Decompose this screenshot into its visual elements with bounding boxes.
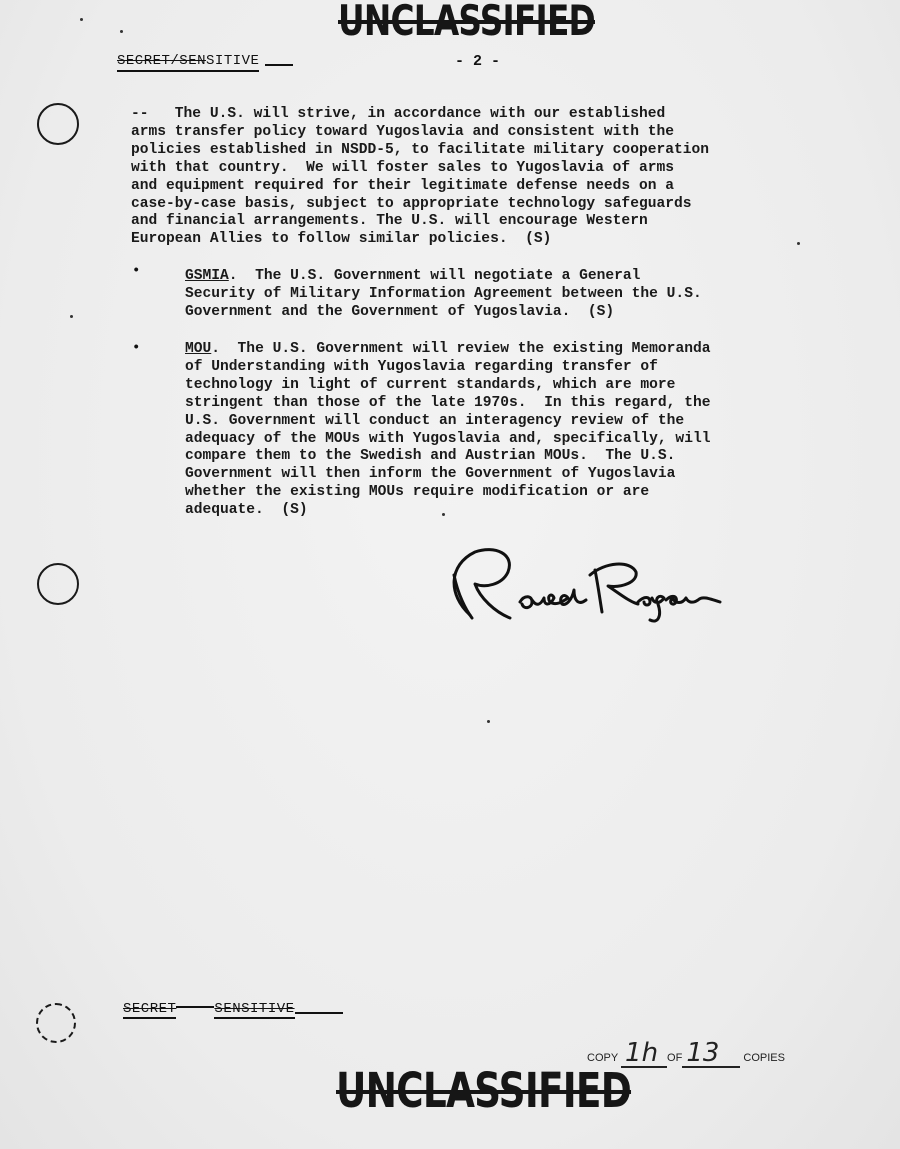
speck: [80, 18, 83, 21]
speck: [120, 30, 123, 33]
classification-struck: SECRET/SEN: [117, 53, 206, 69]
document-page: UNCLASSIFIED SECRET/SENSITIVE - 2 - -- T…: [0, 0, 900, 1149]
unclassified-stamp-top: UNCLASSIFIED: [338, 0, 595, 42]
paragraph-gsmia: GSMIA. The U.S. Government will negotiat…: [185, 268, 702, 322]
signature: [440, 540, 750, 635]
speck: [487, 720, 490, 723]
speck: [70, 315, 73, 318]
page-number: - 2 -: [455, 53, 500, 70]
bullet-icon: •: [132, 263, 140, 279]
speck: [797, 242, 800, 245]
punch-hole-icon: [37, 563, 79, 605]
total-copies: 13: [682, 1040, 740, 1068]
classification-footer-word1: SECRET: [123, 1001, 176, 1019]
unclassified-stamp-bottom: UNCLASSIFIED: [336, 1064, 631, 1118]
paragraph-arms-transfer: -- The U.S. will strive, in accordance w…: [131, 106, 709, 249]
classification-footer: SECRETSENSITIVE: [123, 1001, 343, 1017]
classification-rest: SITIVE: [206, 53, 259, 69]
bullet-icon: •: [132, 340, 140, 356]
classification-header: SECRET/SENSITIVE: [117, 53, 293, 69]
heading-gsmia: GSMIA: [185, 268, 229, 284]
classification-footer-word2: SENSITIVE: [214, 1001, 294, 1019]
signature-icon: [440, 540, 750, 630]
mou-first-line: . The U.S. Government will review the ex…: [211, 341, 710, 357]
speck: [442, 513, 445, 516]
punch-hole-icon: [37, 103, 79, 145]
heading-mou: MOU: [185, 341, 211, 357]
gsmia-first-line: . The U.S. Government will negotiate a G…: [229, 268, 641, 284]
copy-suffix: COPIES: [743, 1052, 785, 1064]
punch-hole-icon: [36, 1003, 76, 1043]
copy-of-label: OF: [667, 1052, 682, 1064]
paragraph-mou: MOU. The U.S. Government will review the…: [185, 341, 710, 520]
